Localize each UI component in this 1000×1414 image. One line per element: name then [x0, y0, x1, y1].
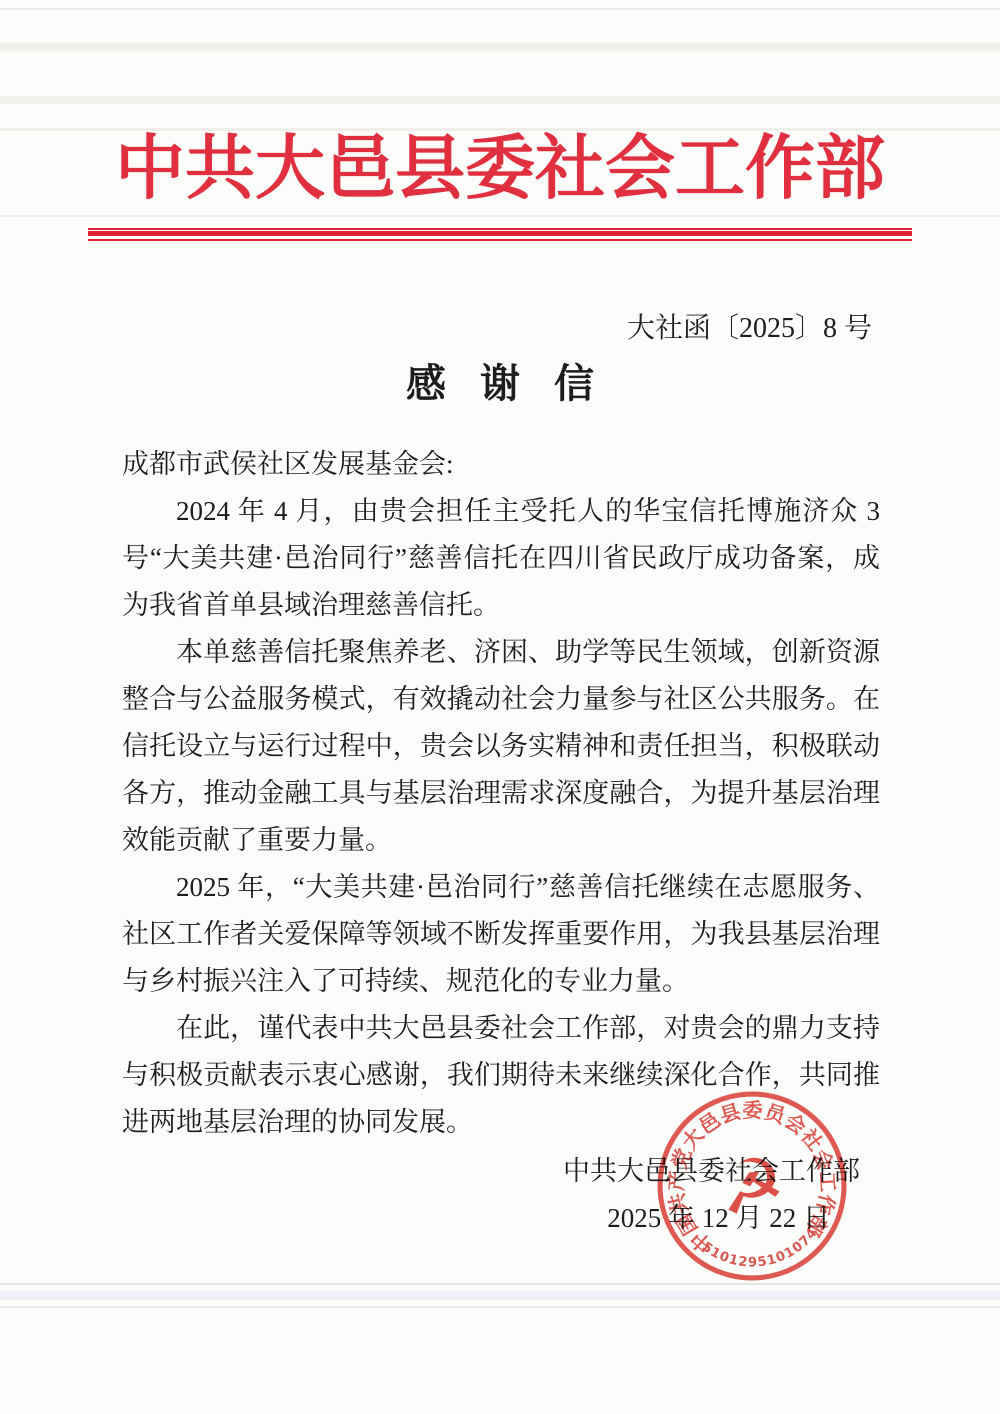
letterhead-org-name: 中共大邑县委社会工作部 [0, 124, 1000, 216]
body-line: 效能贡献了重要力量。 [122, 817, 880, 864]
letter-body: 成都市武侯社区发展基金会: 2024 年 4 月，由贵会担任主受托人的华宝信托博… [122, 441, 880, 1146]
body-line: 整合与公益服务模式，有效撬动社会力量参与社区公共服务。在 [122, 676, 880, 723]
doc-number: 大社函〔2025〕8 号 [0, 312, 872, 346]
body-line: 各方，推动金融工具与基层治理需求深度融合，为提升基层治理 [122, 770, 880, 817]
body-line: 本单慈善信托聚焦养老、济困、助学等民生领域，创新资源 [122, 629, 880, 676]
salutation-line: 成都市武侯社区发展基金会: [122, 441, 880, 488]
body-line: 号“大美共建·邑治同行”慈善信托在四川省民政厅成功备案，成 [122, 535, 880, 582]
scan-artifact [0, 96, 1000, 104]
body-line: 2024 年 4 月，由贵会担任主受托人的华宝信托博施济众 3 [122, 488, 880, 535]
body-line: 进两地基层治理的协同发展。 [122, 1099, 880, 1146]
body-line: 社区工作者关爱保障等领域不断发挥重要作用，为我县基层治理 [122, 911, 880, 958]
body-line: 2025 年，“大美共建·邑治同行”慈善信托继续在志愿服务、 [122, 864, 880, 911]
body-line: 在此，谨代表中共大邑县委社会工作部，对贵会的鼎力支持 [122, 1005, 880, 1052]
scan-artifact [0, 42, 1000, 52]
scan-artifact [0, 1283, 1000, 1285]
document-page: 中共大邑县委社会工作部 大社函〔2025〕8 号 感谢信 成都市武侯社区发展基金… [0, 0, 1000, 1414]
scan-artifact [0, 1291, 1000, 1300]
body-line: 为我省首单县域治理慈善信托。 [122, 582, 880, 629]
body-line: 与乡村振兴注入了可持续、规范化的专业力量。 [122, 958, 880, 1005]
signature-date: 2025 年 12 月 22 日 [607, 1195, 830, 1242]
letter-title: 感谢信 [0, 360, 1000, 408]
scan-artifact [0, 1306, 1000, 1308]
scan-artifact [0, 8, 1000, 10]
body-line: 信托设立与运行过程中，贵会以务实精神和责任担当，积极联动 [122, 723, 880, 770]
body-line: 与积极贡献表示衷心感谢，我们期待未来继续深化合作，共同推 [122, 1052, 880, 1099]
letterhead-divider [88, 228, 912, 241]
signature-org: 中共大邑县委社会工作部 [563, 1148, 860, 1195]
